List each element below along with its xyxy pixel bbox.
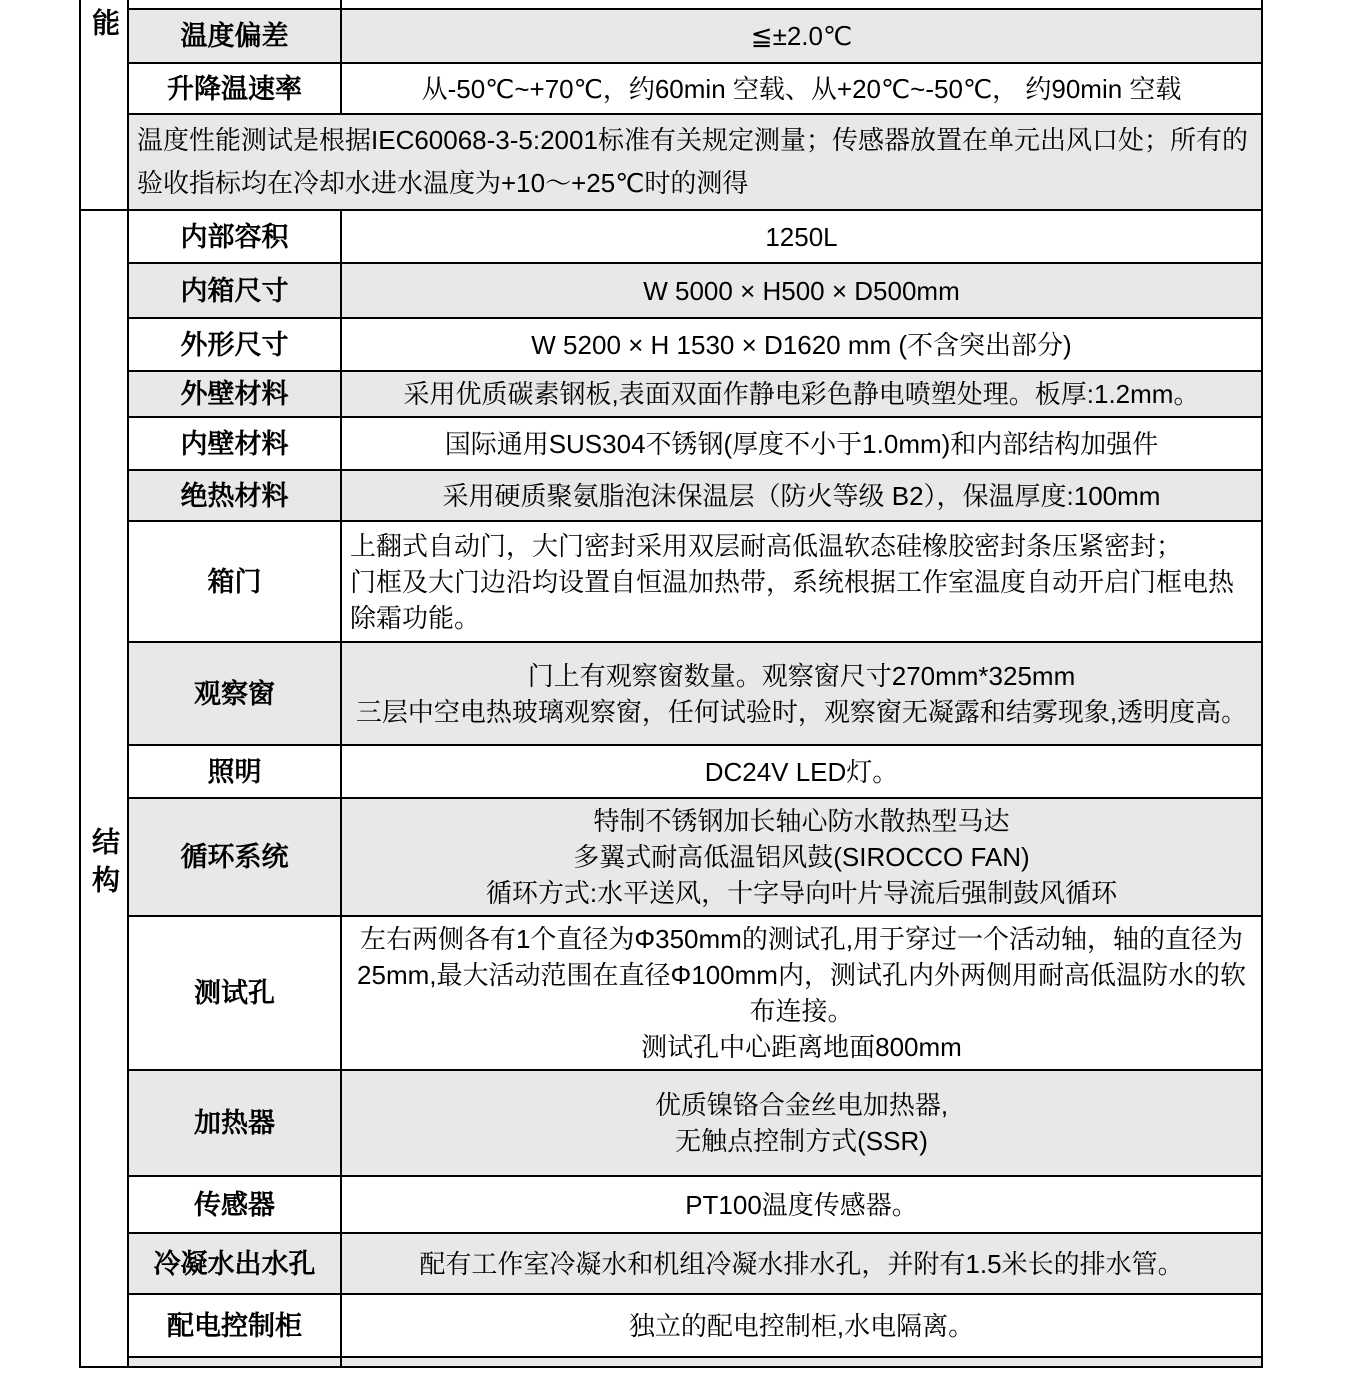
table-row-chamber-door: 箱门 上翻式自动门，大门密封采用双层耐高低温软态硅橡胶密封条压紧密封； 门框及大… bbox=[80, 521, 1262, 642]
spec-label: 循环系统 bbox=[128, 798, 341, 916]
spec-table: 能 温度偏差 ≦±2.0℃ 升降温速率 从-50℃~+70℃，约60min 空载… bbox=[79, 0, 1263, 1368]
table-row-inner-dimensions: 内箱尺寸 W 5000 × H500 × D500mm bbox=[80, 263, 1262, 318]
table-row-temp-deviation: 温度偏差 ≦±2.0℃ bbox=[80, 9, 1262, 63]
spec-value: 配有工作室冷凝水和机组冷凝水排水孔，并附有1.5米长的排水管。 bbox=[341, 1233, 1262, 1294]
section-header-structure: 结构 bbox=[80, 210, 128, 1367]
section-performance-label: 能 bbox=[86, 8, 122, 46]
table-row-partial-top: 能 bbox=[80, 0, 1262, 9]
table-row-outer-wall-material: 外壁材料 采用优质碳素钢板,表面双面作静电彩色静电喷塑处理。板厚:1.2mm。 bbox=[80, 371, 1262, 417]
table-row-note: 温度性能测试是根据IEC60068-3-5:2001标准有关规定测量；传感器放置… bbox=[80, 114, 1262, 210]
spec-label: 外形尺寸 bbox=[128, 318, 341, 371]
spec-label: 传感器 bbox=[128, 1176, 341, 1233]
table-row-power-control-cabinet: 配电控制柜 独立的配电控制柜,水电隔离。 bbox=[80, 1294, 1262, 1357]
test-condition-note: 温度性能测试是根据IEC60068-3-5:2001标准有关规定测量；传感器放置… bbox=[128, 114, 1262, 210]
table-row-heater: 加热器 优质镍铬合金丝电加热器, 无触点控制方式(SSR) bbox=[80, 1070, 1262, 1176]
spec-value: 左右两侧各有1个直径为Φ350mm的测试孔,用于穿过一个活动轴，轴的直径为25m… bbox=[341, 916, 1262, 1070]
spec-label: 外壁材料 bbox=[128, 371, 341, 417]
table-row-temp-ramp-rate: 升降温速率 从-50℃~+70℃，约60min 空载、从+20℃~-50℃， 约… bbox=[80, 63, 1262, 114]
spec-value: ≦±2.0℃ bbox=[341, 9, 1262, 63]
spec-value: PT100温度传感器。 bbox=[341, 1176, 1262, 1233]
spec-label: 冷凝水出水孔 bbox=[128, 1233, 341, 1294]
table-row-internal-volume: 结构 内部容积 1250L bbox=[80, 210, 1262, 263]
section-header-performance: 能 bbox=[80, 0, 128, 210]
table-row-condensate-drain: 冷凝水出水孔 配有工作室冷凝水和机组冷凝水排水孔，并附有1.5米长的排水管。 bbox=[80, 1233, 1262, 1294]
spec-value: 门上有观察窗数量。观察窗尺寸270mm*325mm 三层中空电热玻璃观察窗，任何… bbox=[341, 642, 1262, 745]
table-row-outer-dimensions: 外形尺寸 W 5200 × H 1530 × D1620 mm (不含突出部分) bbox=[80, 318, 1262, 371]
spec-label: 加热器 bbox=[128, 1070, 341, 1176]
spec-value-empty bbox=[341, 1357, 1262, 1367]
spec-value: 特制不锈钢加长轴心防水散热型马达 多翼式耐高低温铝风鼓(SIROCCO FAN)… bbox=[341, 798, 1262, 916]
spec-value: 独立的配电控制柜,水电隔离。 bbox=[341, 1294, 1262, 1357]
spec-label: 配电控制柜 bbox=[128, 1294, 341, 1357]
section-structure-label: 结构 bbox=[86, 827, 122, 903]
spec-value: 优质镍铬合金丝电加热器, 无触点控制方式(SSR) bbox=[341, 1070, 1262, 1176]
spec-label: 箱门 bbox=[128, 521, 341, 642]
spec-value: DC24V LED灯。 bbox=[341, 745, 1262, 798]
spec-label: 升降温速率 bbox=[128, 63, 341, 114]
spec-value: 1250L bbox=[341, 210, 1262, 263]
spec-label-empty bbox=[128, 0, 341, 9]
spec-value: 采用硬质聚氨脂泡沫保温层（防火等级 B2），保温厚度:100mm bbox=[341, 470, 1262, 521]
table-row-inner-wall-material: 内壁材料 国际通用SUS304不锈钢(厚度不小于1.0mm)和内部结构加强件 bbox=[80, 417, 1262, 470]
table-row-test-hole: 测试孔 左右两侧各有1个直径为Φ350mm的测试孔,用于穿过一个活动轴，轴的直径… bbox=[80, 916, 1262, 1070]
table-row-lighting: 照明 DC24V LED灯。 bbox=[80, 745, 1262, 798]
spec-value: 采用优质碳素钢板,表面双面作静电彩色静电喷塑处理。板厚:1.2mm。 bbox=[341, 371, 1262, 417]
spec-value: 国际通用SUS304不锈钢(厚度不小于1.0mm)和内部结构加强件 bbox=[341, 417, 1262, 470]
spec-value: W 5200 × H 1530 × D1620 mm (不含突出部分) bbox=[341, 318, 1262, 371]
spec-label: 温度偏差 bbox=[128, 9, 341, 63]
spec-label: 照明 bbox=[128, 745, 341, 798]
table-row-insulation-material: 绝热材料 采用硬质聚氨脂泡沫保温层（防火等级 B2），保温厚度:100mm bbox=[80, 470, 1262, 521]
spec-label: 绝热材料 bbox=[128, 470, 341, 521]
spec-sheet-page: 能 温度偏差 ≦±2.0℃ 升降温速率 从-50℃~+70℃，约60min 空载… bbox=[0, 0, 1360, 1380]
table-row-sensor: 传感器 PT100温度传感器。 bbox=[80, 1176, 1262, 1233]
spec-label: 测试孔 bbox=[128, 916, 341, 1070]
spec-label: 内壁材料 bbox=[128, 417, 341, 470]
table-row-circulation-system: 循环系统 特制不锈钢加长轴心防水散热型马达 多翼式耐高低温铝风鼓(SIROCCO… bbox=[80, 798, 1262, 916]
spec-label: 观察窗 bbox=[128, 642, 341, 745]
table-row-observation-window: 观察窗 门上有观察窗数量。观察窗尺寸270mm*325mm 三层中空电热玻璃观察… bbox=[80, 642, 1262, 745]
spec-label-empty bbox=[128, 1357, 341, 1367]
table-row-partial-bottom bbox=[80, 1357, 1262, 1367]
spec-value: 上翻式自动门，大门密封采用双层耐高低温软态硅橡胶密封条压紧密封； 门框及大门边沿… bbox=[341, 521, 1262, 642]
spec-value: 从-50℃~+70℃，约60min 空载、从+20℃~-50℃， 约90min … bbox=[341, 63, 1262, 114]
spec-value: W 5000 × H500 × D500mm bbox=[341, 263, 1262, 318]
spec-value-empty bbox=[341, 0, 1262, 9]
spec-label: 内箱尺寸 bbox=[128, 263, 341, 318]
spec-label: 内部容积 bbox=[128, 210, 341, 263]
